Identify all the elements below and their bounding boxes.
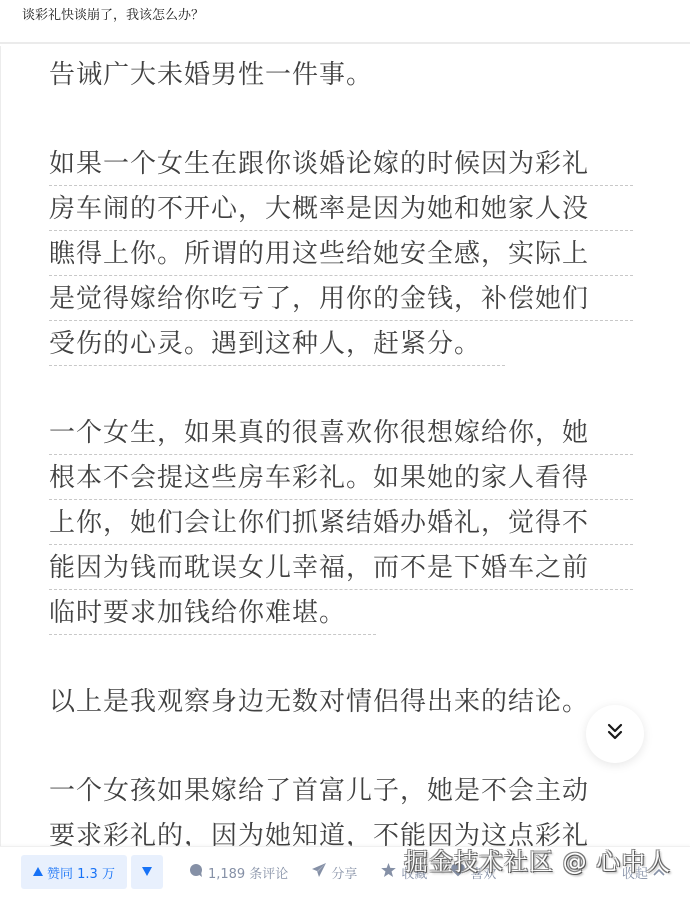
text-line: 一个女生，如果真的很喜欢你很想嫁给你，她 (49, 412, 633, 457)
share-label: 分享 (331, 863, 357, 882)
paragraph: 如果一个女生在跟你谈婚论嫁的时候因为彩礼 房车闹的不开心，大概率是因为她和她家人… (49, 143, 633, 368)
comments-label: 1,189 条评论 (208, 863, 288, 882)
answer-action-bar: 赞同 1.3 万 1,189 条评论 分享 收藏 (0, 846, 690, 897)
paragraph: 一个女孩如果嫁给了首富儿子，她是不会主动 要求彩礼的，因为她知道，不能因为这点彩… (49, 770, 633, 846)
text-line: 一个女孩如果嫁给了首富儿子，她是不会主动 (49, 770, 633, 815)
paragraph: 告诫广大未婚男性一件事。 (49, 54, 633, 99)
text-line: 受伤的心灵。遇到这种人，赶紧分。 (49, 323, 633, 368)
text-line: 能因为钱而耽误女儿幸福，而不是下婚车之前 (49, 547, 633, 592)
text-line: 是觉得嫁给你吃亏了，用你的金钱，补偿她们 (49, 278, 633, 323)
comment-bubble-icon (189, 863, 203, 881)
question-header: 谈彩礼快谈崩了，我该怎么办？ (0, 0, 690, 44)
paragraph: 以上是我观察身边无数对情侣得出来的结论。 (49, 681, 633, 726)
triangle-down-icon (142, 865, 152, 880)
chevron-up-icon (653, 865, 665, 880)
text-line: 要求彩礼的，因为她知道，不能因为这点彩礼 (49, 815, 633, 846)
text-line: 如果一个女生在跟你谈婚论嫁的时候因为彩礼 (49, 143, 633, 188)
text-line: 以上是我观察身边无数对情侣得出来的结论。 (49, 681, 633, 726)
text-line: 根本不会提这些房车彩礼。如果她的家人看得 (49, 457, 633, 502)
paper-plane-icon (312, 863, 326, 881)
text-line: 房车闹的不开心，大概率是因为她和她家人没 (49, 188, 633, 233)
upvote-button[interactable]: 赞同 1.3 万 (21, 855, 127, 889)
favorite-label: 收藏 (401, 863, 427, 882)
more-dots-icon: ··· (520, 865, 535, 880)
question-title[interactable]: 谈彩礼快谈崩了，我该怎么办？ (22, 9, 204, 34)
heart-icon (451, 863, 465, 881)
downvote-button[interactable] (131, 855, 163, 889)
double-chevron-down-icon (605, 722, 625, 746)
collapse-button[interactable]: 收起 (622, 863, 665, 882)
share-button[interactable]: 分享 (312, 863, 357, 882)
like-button[interactable]: 喜欢 (451, 863, 496, 882)
favorite-button[interactable]: 收藏 (381, 863, 427, 882)
text-line: 瞧得上你。所谓的用这些给她安全感，实际上 (49, 233, 633, 278)
paragraph: 一个女生，如果真的很喜欢你很想嫁给你，她 根本不会提这些房车彩礼。如果她的家人看… (49, 412, 633, 637)
star-icon (381, 863, 396, 881)
text-line: 告诫广大未婚男性一件事。 (49, 54, 633, 99)
triangle-up-icon (33, 865, 43, 880)
like-label: 喜欢 (470, 863, 496, 882)
answer-body: 告诫广大未婚男性一件事。 如果一个女生在跟你谈婚论嫁的时候因为彩礼 房车闹的不开… (49, 46, 633, 846)
upvote-label: 赞同 1.3 万 (47, 863, 115, 882)
text-line: 临时要求加钱给你难堪。 (49, 592, 633, 637)
comments-button[interactable]: 1,189 条评论 (189, 863, 288, 882)
text-line: 上你，她们会让你们抓紧结婚办婚礼，觉得不 (49, 502, 633, 547)
more-button[interactable]: ··· (520, 865, 535, 880)
answer-page: 谈彩礼快谈崩了，我该怎么办？ 告诫广大未婚男性一件事。 如果一个女生在跟你谈婚论… (0, 0, 690, 897)
scroll-down-button[interactable] (586, 705, 644, 763)
collapse-label: 收起 (622, 863, 648, 882)
